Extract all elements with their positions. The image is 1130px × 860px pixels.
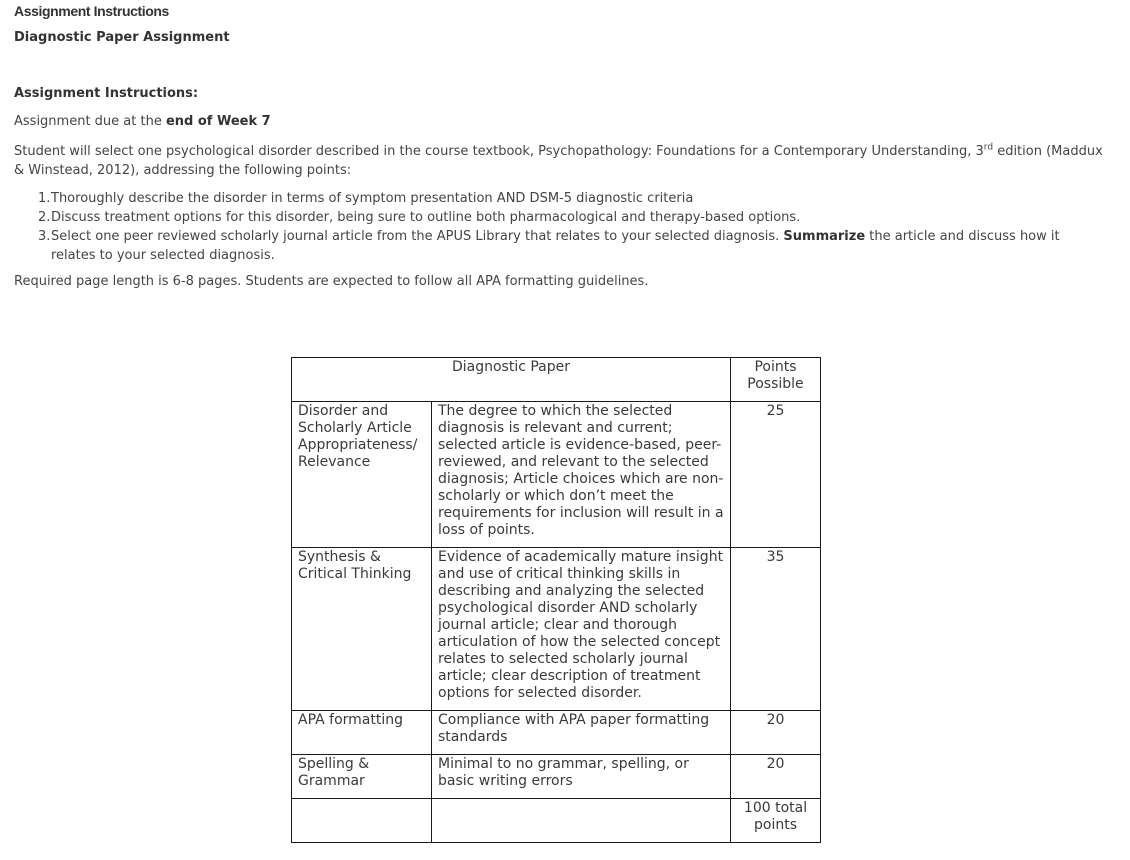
list-item: 2.Discuss treatment options for this dis… <box>38 208 1108 227</box>
table-row: Disorder and Scholarly Article Appropria… <box>292 402 821 548</box>
description-cell: Compliance with APA paper formatting sta… <box>432 711 731 755</box>
table-row: Spelling & Grammar Minimal to no grammar… <box>292 755 821 799</box>
points-cell: 25 <box>731 402 821 548</box>
description-cell: Minimal to no grammar, spelling, or basi… <box>432 755 731 799</box>
points-cell: 35 <box>731 548 821 711</box>
requirements-text: Required page length is 6-8 pages. Stude… <box>14 274 648 289</box>
description-cell: The degree to which the selected diagnos… <box>432 402 731 548</box>
criterion-cell: APA formatting <box>292 711 432 755</box>
list-item: 3.Select one peer reviewed scholarly jou… <box>38 227 1108 265</box>
total-points-cell: 100 total points <box>731 799 821 843</box>
intro-before: Student will select one psychological di… <box>14 144 984 159</box>
table-row: APA formatting Compliance with APA paper… <box>292 711 821 755</box>
criterion-cell: Synthesis & Critical Thinking <box>292 548 432 711</box>
list-text: Select one peer reviewed scholarly journ… <box>51 229 783 244</box>
points-cell: 20 <box>731 755 821 799</box>
table-header-title: Diagnostic Paper <box>292 358 731 402</box>
due-emphasis: end of Week 7 <box>166 114 271 129</box>
table-header-points: Points Possible <box>731 358 821 402</box>
breadcrumb: Assignment Instructions <box>14 3 169 19</box>
rubric-table: Diagnostic Paper Points Possible Disorde… <box>291 357 821 843</box>
table-total-row: 100 total points <box>292 799 821 843</box>
list-item: 1.Thoroughly describe the disorder in te… <box>38 189 1108 208</box>
page-title: Diagnostic Paper Assignment <box>14 30 230 45</box>
list-text: Discuss treatment options for this disor… <box>51 210 800 225</box>
criterion-cell: Spelling & Grammar <box>292 755 432 799</box>
criterion-cell: Disorder and Scholarly Article Appropria… <box>292 402 432 548</box>
table-header-row: Diagnostic Paper Points Possible <box>292 358 821 402</box>
section-heading: Assignment Instructions: <box>14 86 198 101</box>
due-date-line: Assignment due at the end of Week 7 <box>14 114 271 129</box>
list-text: Thoroughly describe the disorder in term… <box>51 191 693 206</box>
list-number: 3. <box>38 227 50 246</box>
total-criterion-cell <box>292 799 432 843</box>
total-description-cell <box>432 799 731 843</box>
intro-superscript: rd <box>984 143 993 153</box>
due-prefix: Assignment due at the <box>14 114 166 129</box>
list-number: 2. <box>38 208 50 227</box>
table-row: Synthesis & Critical Thinking Evidence o… <box>292 548 821 711</box>
points-list: 1.Thoroughly describe the disorder in te… <box>38 189 1108 265</box>
intro-paragraph: Student will select one psychological di… <box>14 142 1114 180</box>
points-cell: 20 <box>731 711 821 755</box>
list-number: 1. <box>38 189 50 208</box>
description-cell: Evidence of academically mature insight … <box>432 548 731 711</box>
list-bold: Summarize <box>783 229 865 244</box>
